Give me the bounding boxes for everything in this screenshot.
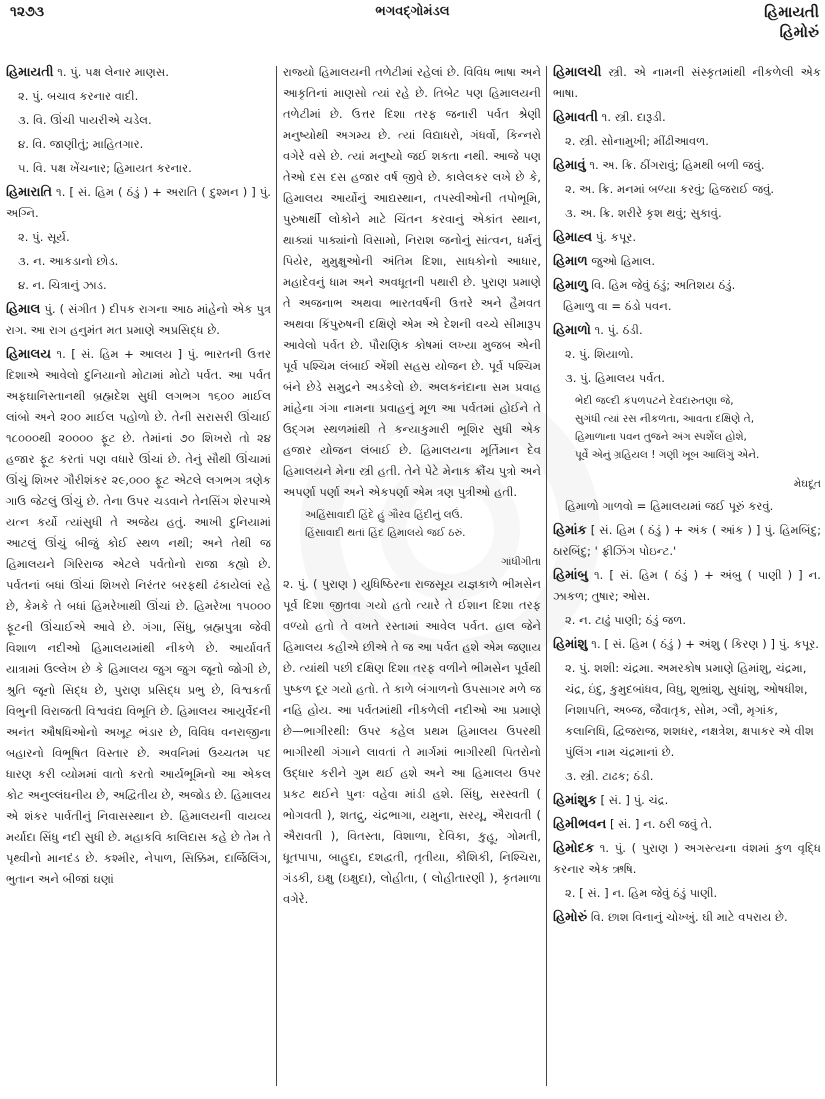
quote-line: અહિંસાવાદી હિંદે હું ગૌરવ હિંદીનું લઉં. <box>305 506 541 524</box>
definition: જુઓ હિમાલ. <box>591 254 655 268</box>
poem-line: હિમાળાના પવન તુજને અંગ સ્પર્શેલ હોશે, <box>575 428 821 446</box>
sense: ૨. [ સં. ] ન. હિમ જેવું ઠંડું પાણી. <box>565 883 821 904</box>
dictionary-entry: હિમાયતી ૧. પું. પક્ષ લેનાર માણસ. <box>6 62 271 83</box>
dictionary-entry: હિમાળ જુઓ હિમાલ. <box>553 251 821 272</box>
definition: ૧. [ સં. હિમ ( ઠંડું ) + અંશુ ( કિરણ ) ]… <box>591 637 819 651</box>
dictionary-entry: હિમોરું વિ. છાશ વિનાનું ચોખ્ખું. ઘી માટે… <box>553 907 821 928</box>
poem-source: મેઘદૂત <box>553 475 821 493</box>
definition: પું. ( સંગીત ) દીપક રાગના આઠ માંહેનો એક … <box>6 302 271 337</box>
sense: ૨. પું. ( પુરાણ ) યુધિષ્ઠિરના રાજસૂય યજ્… <box>283 574 541 910</box>
definition: [ સં. ] પું. ચંદ્ર. <box>600 793 668 807</box>
dictionary-entry: હિમોદક ૧. પું. ( પુરાણ ) અગસ્ત્યના વંશમા… <box>553 838 821 880</box>
sense: ૨. પું. સૂર્ય. <box>18 227 271 248</box>
page-header: ૧૨૭૩ ભગવદ્ગોમંડલ હિમાયતી હિમોરું <box>0 0 825 60</box>
definition: વિ. હિમ જેવું ઠંડું; અતિશય ઠંડું. <box>591 278 735 292</box>
definition: ૧. પું. ઠંડી. <box>595 323 643 337</box>
poem-line: સુગંધી ત્યાં રસ નીકળતા, આવતા દક્ષિણે તે, <box>575 410 821 428</box>
sense: ૩. ન. આકડાનો છોડ. <box>18 251 271 272</box>
quote-line: હિંસાવાદી થતાં હિંદ હિમાલયે જઈ ઠરું. <box>305 524 541 542</box>
definition: ૧. [ સં. હિમ + આલય ] પું. ભારતની ઉત્તર દ… <box>6 347 271 886</box>
dictionary-entry: હિમાવતી ૧. સ્ત્રી. દારૂડી. <box>553 107 821 128</box>
dictionary-entry: હિમાલચી સ્ત્રી. એ નામની સંસ્કૃતમાંથી નીક… <box>553 62 821 104</box>
guide-word-first: હિમાયતી <box>764 2 819 22</box>
sense: ૨. અ. ક્રિ. મનમાં બળ્યા કરવું; હિજરાઈ જવ… <box>565 179 821 200</box>
entry-continuation: રાજ્યો હિમાલયની તળેટીમાં રહેલાં છે. વિવિ… <box>283 62 541 503</box>
headword: હિમાલય <box>6 347 51 362</box>
running-title: ભગવદ્ગોમંડલ <box>0 4 825 19</box>
headword: હિમાળો <box>553 323 591 338</box>
definition: ૧. [ સં. હિમ ( ઠંડું ) + અંબુ ( પાણી ) ]… <box>553 568 821 603</box>
headword: હિમાલ <box>6 302 40 317</box>
headword: હિમોરું <box>553 910 587 925</box>
dictionary-entry: હિમાલ પું. ( સંગીત ) દીપક રાગના આઠ માંહે… <box>6 299 271 341</box>
headword: હિમાહ્વ <box>553 230 592 245</box>
column-divider <box>546 66 547 1086</box>
sense: ૨. પું. શિયાળો. <box>565 344 821 365</box>
poem-line: પૂર્વે એનું ગ્રહિયલ ! ગણી ખૂબ આલિંગું એન… <box>575 446 821 464</box>
headword: હિમોદક <box>553 841 594 856</box>
column-2: રાજ્યો હિમાલયની તળેટીમાં રહેલાં છે. વિવિ… <box>283 62 541 913</box>
sense: ૩. સ્ત્રી. ટાઢક; ઠંડી. <box>565 766 821 787</box>
headword: હિમીભવન <box>553 817 606 832</box>
sense: ૪. ન. ચિત્રાનું ઝાડ. <box>18 275 271 296</box>
sense: ૨. પું. શશી: ચંદ્રમા. અમરકોષ પ્રમાણે હિમ… <box>565 658 821 763</box>
definition: ૧. પું. પક્ષ લેનાર માણસ. <box>57 65 169 79</box>
column-divider <box>276 66 277 1086</box>
quote-source: ગાંધીગીતા <box>283 553 541 571</box>
sense: ૩. અ. ક્રિ. શરીરે કૃશ થવું; સુકાવું. <box>565 203 821 224</box>
sense: ૪. વિ. જાણીતું; માહિતગાર. <box>18 134 271 155</box>
headword: હિમાળ <box>553 254 588 269</box>
guide-words: હિમાયતી હિમોરું <box>764 2 819 42</box>
dictionary-entry: હિમીભવન [ સં. ] ન. ઠરી જવું તે. <box>553 814 821 835</box>
headword: હિમાંબુ <box>553 568 588 583</box>
dictionary-entry: હિમાંક [ સં. હિમ ( ઠંડું ) + અંક ( આંક )… <box>553 520 821 562</box>
headword: હિમાયતી <box>6 65 54 80</box>
dictionary-entry: હિમાવું ૧. અ. ક્રિ. ઠીંગરાવું; હિમથી બળી… <box>553 155 821 176</box>
sense: ૩. પું. હિમાલય પર્વત. <box>565 368 821 389</box>
sense: ૨. સ્ત્રી. સોનામુખી; મીંઢીઆવળ. <box>565 131 821 152</box>
dictionary-entry: હિમાહ્વ પું. કપૂર. <box>553 227 821 248</box>
guide-word-last: હિમોરું <box>764 22 819 42</box>
definition: ૧. પું. ( પુરાણ ) અગસ્ત્યના વંશમાં કુળ વ… <box>553 841 821 876</box>
headword: હિમાંશુક <box>553 793 597 808</box>
headword: હિમાવતી <box>553 110 598 125</box>
definition: પું. કપૂર. <box>596 230 636 244</box>
sense: ૨. ન. ટાઢું પાણી; ઠંડું જળ. <box>565 610 821 631</box>
definition: ૧. સ્ત્રી. દારૂડી. <box>602 110 666 124</box>
headword: હિમારાતિ <box>6 185 52 200</box>
headword: હિમાલચી <box>553 65 602 80</box>
headword: હિમાવું <box>553 158 586 173</box>
dictionary-entry: હિમાળુ વિ. હિમ જેવું ઠંડું; અતિશય ઠંડું.… <box>553 275 821 317</box>
dictionary-entry: હિમાંશુ ૧. [ સં. હિમ ( ઠંડું ) + અંશુ ( … <box>553 634 821 655</box>
column-1: હિમાયતી ૧. પું. પક્ષ લેનાર માણસ. ૨. પું.… <box>6 62 271 893</box>
poem-line: ભેદી જલ્દી કંપળપટને દેવદારુતણા જે, <box>575 392 821 410</box>
definition: ૧. અ. ક્રિ. ઠીંગરાવું; હિમથી બળી જવું. <box>589 158 764 172</box>
definition: [ સં. હિમ ( ઠંડું ) + અંક ( આંક ) ] પું.… <box>553 523 821 558</box>
sense: ૩. વિ. ઊંચી પાયરીએ ચડેલ. <box>18 110 271 131</box>
definition: વિ. છાશ વિનાનું ચોખ્ખું. ઘી માટે વપરાય છ… <box>591 910 788 924</box>
dictionary-entry: હિમાળો ૧. પું. ઠંડી. <box>553 320 821 341</box>
dictionary-entry: હિમાંશુક [ સં. ] પું. ચંદ્ર. <box>553 790 821 811</box>
sense: ૨. પું. બચાવ કરનાર વાદી. <box>18 86 271 107</box>
headword: હિમાંક <box>553 523 587 538</box>
sense: ૫. વિ. પક્ષ ખેંચનાર; હિમાયત કરનાર. <box>18 158 271 179</box>
example: હિમાળુ વા = ઠંડો પવન. <box>563 299 672 313</box>
headword: હિમાળુ <box>553 278 588 293</box>
column-3: હિમાલચી સ્ત્રી. એ નામની સંસ્કૃતમાંથી નીક… <box>553 62 821 931</box>
dictionary-entry: હિમારાતિ ૧. [ સં. હિમ ( ઠંડું ) + અરાતિ … <box>6 182 271 224</box>
definition: [ સં. ] ન. ઠરી જવું તે. <box>610 817 712 831</box>
dictionary-entry: હિમાલય ૧. [ સં. હિમ + આલય ] પું. ભારતની … <box>6 344 271 890</box>
dictionary-entry: હિમાંબુ ૧. [ સં. હિમ ( ઠંડું ) + અંબુ ( … <box>553 565 821 607</box>
idiom: હિમાળો ગાળવો = હિમાલયમાં જઈ પૂરું કરવું. <box>565 496 821 517</box>
headword: હિમાંશુ <box>553 637 588 652</box>
